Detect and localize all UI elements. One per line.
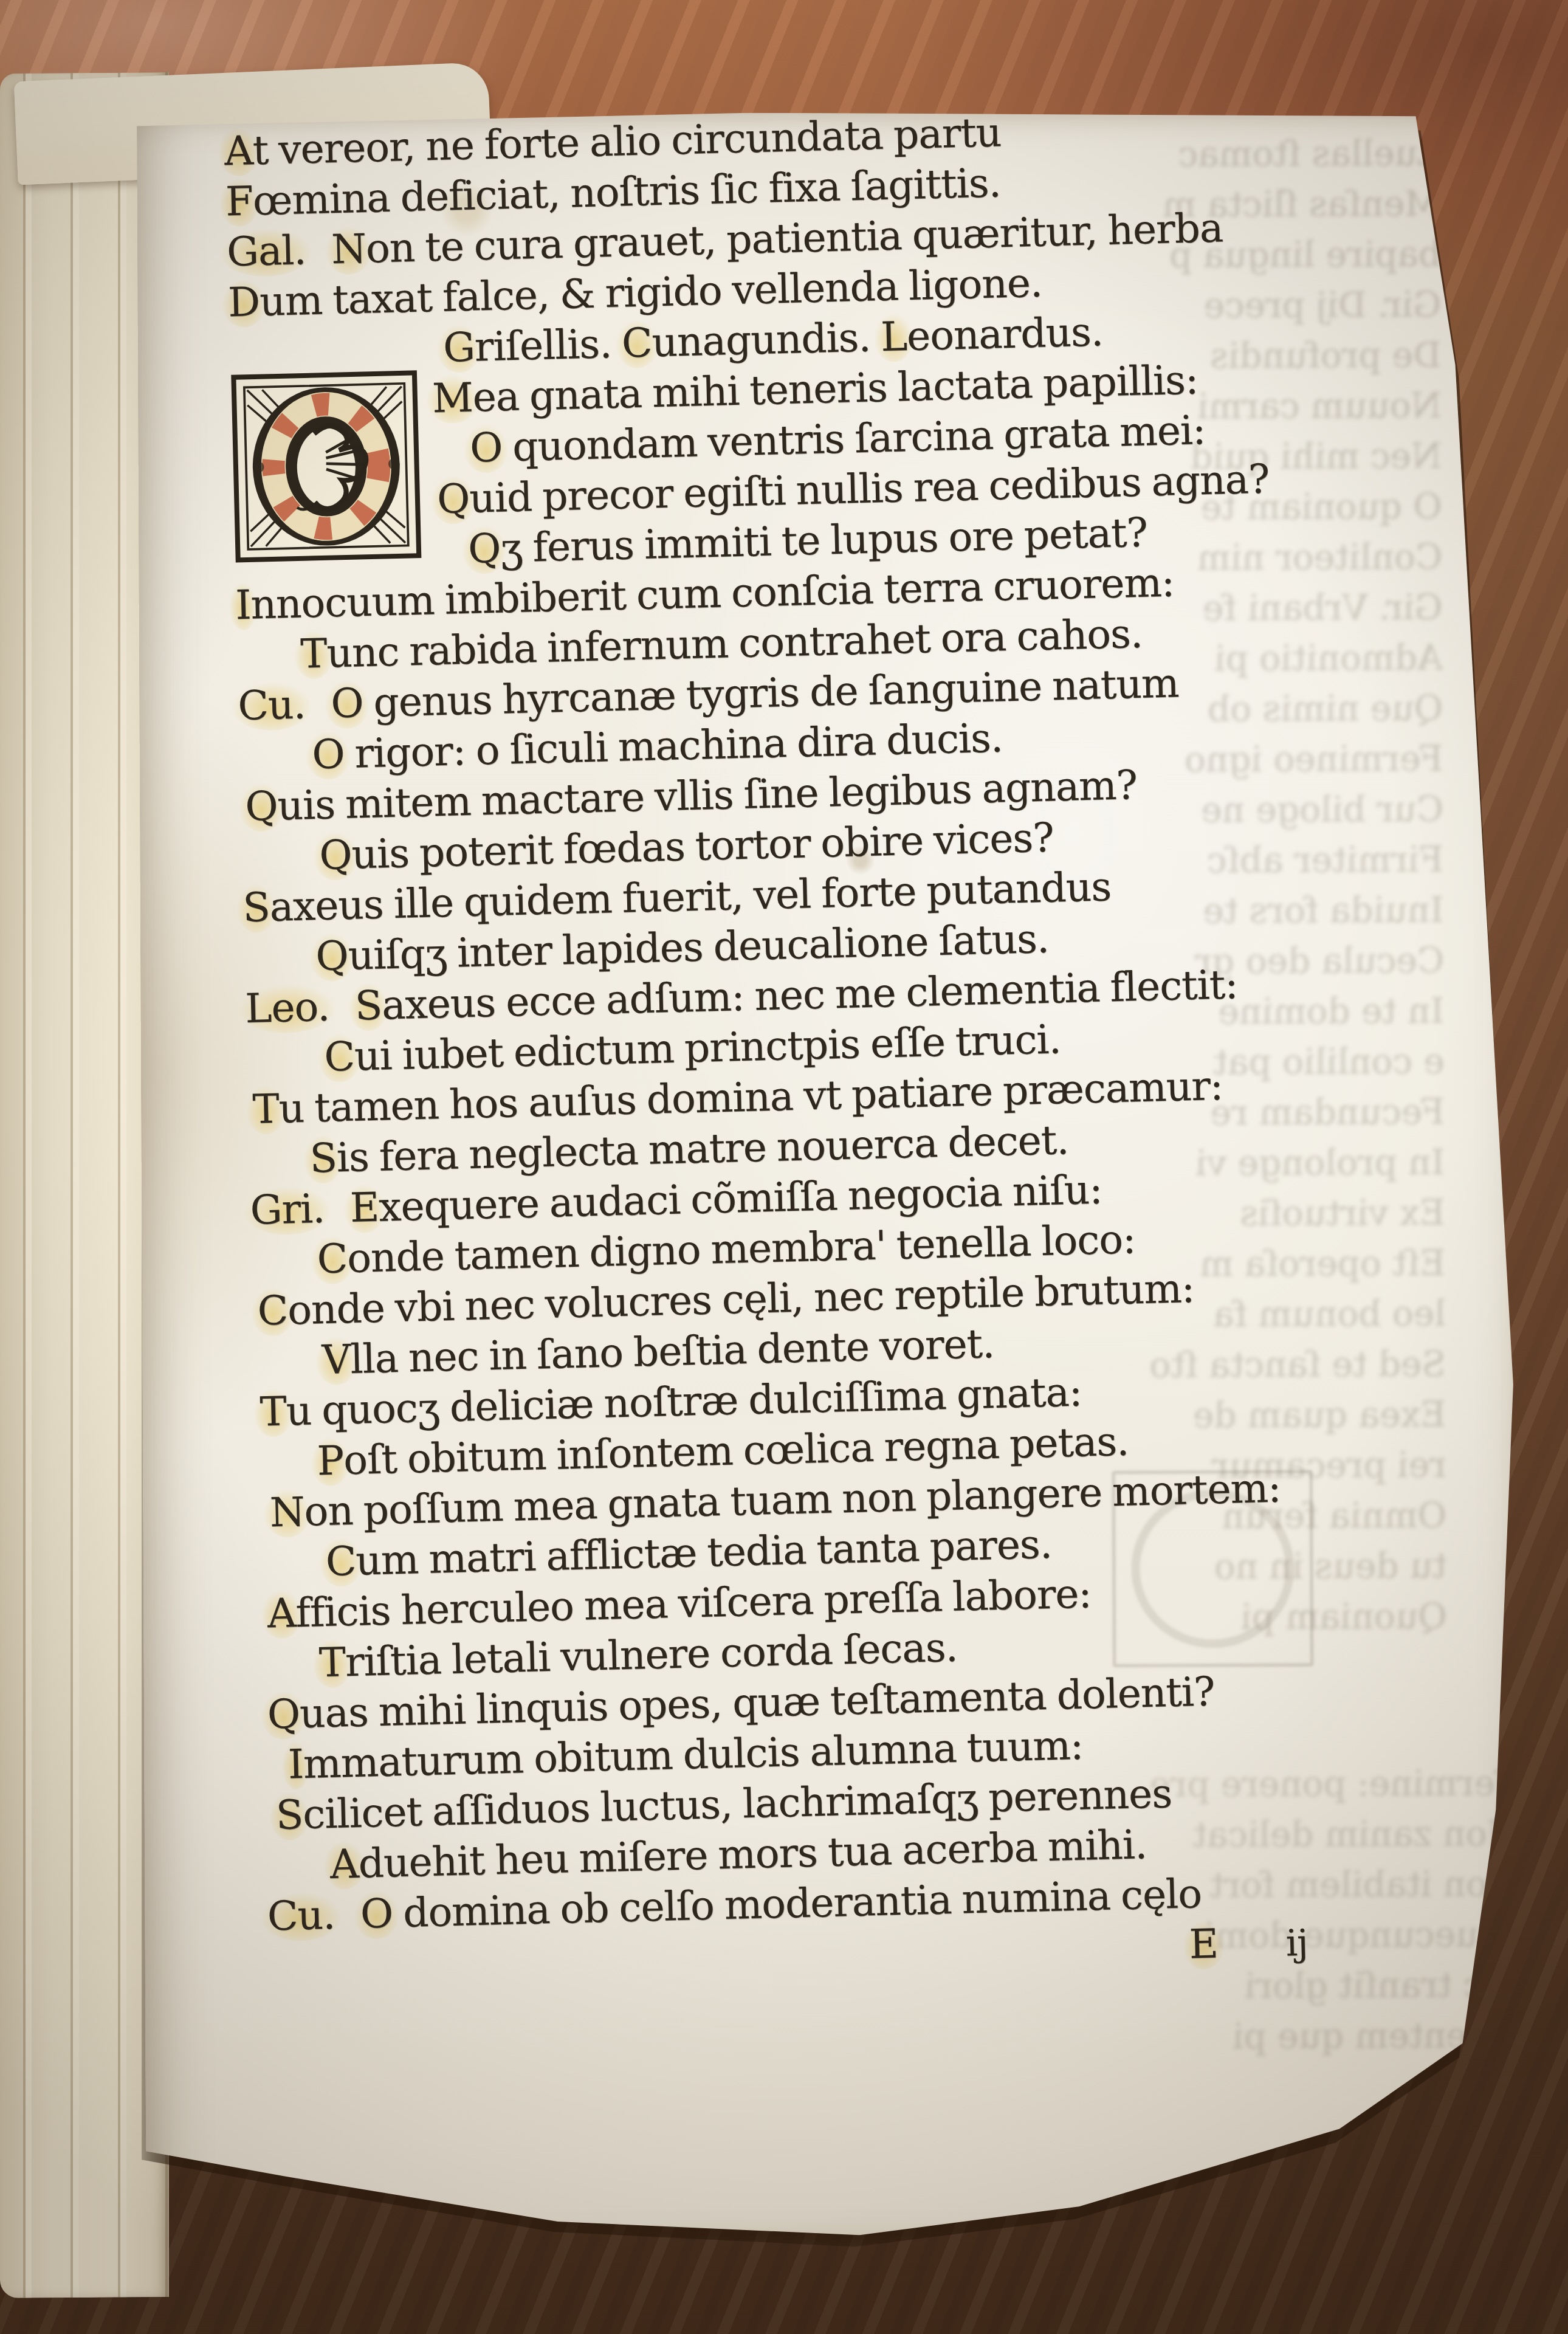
washed-capital: I — [287, 1739, 304, 1790]
quire-signature: Eij — [1189, 1916, 1308, 1970]
washed-capital: N — [269, 1487, 305, 1538]
washed-capital: G — [442, 322, 475, 373]
washed-capital: I — [235, 580, 251, 631]
washed-capital: O — [330, 678, 363, 729]
washed-capital: Q — [467, 523, 501, 574]
washed-capital: A — [267, 1588, 297, 1639]
washed-capital: Q — [244, 781, 278, 832]
signature-letter: E — [1189, 1918, 1219, 1969]
washed-capital: Q — [315, 931, 348, 982]
speaker-label: Gri. — [250, 1183, 325, 1236]
washed-capital: C — [621, 317, 653, 368]
photo-of-open-book: Luellas ſtomacMenſas ſlicta mbapire ling… — [0, 0, 1568, 2334]
washed-capital: C — [325, 1536, 357, 1587]
washed-capital: T — [318, 1637, 346, 1688]
washed-capital: Q — [436, 473, 470, 525]
washed-capital: T — [260, 1386, 287, 1437]
washed-capital: V — [322, 1334, 351, 1385]
washed-capital: C — [324, 1031, 356, 1083]
washed-capital: P — [317, 1435, 344, 1486]
washed-capital: O — [360, 1888, 393, 1939]
washed-capital: E — [349, 1182, 379, 1233]
washed-capital: A — [329, 1839, 359, 1890]
washed-capital: M — [432, 373, 473, 424]
speaker-label: Cu. — [237, 679, 306, 731]
washed-capital: L — [880, 311, 907, 362]
book-page: Luellas ſtomacMenſas ſlicta mbapire ling… — [137, 109, 1518, 2240]
washed-capital: F — [225, 176, 253, 227]
washed-capital: S — [354, 980, 382, 1031]
washed-capital: S — [242, 882, 270, 933]
washed-capital: T — [252, 1084, 280, 1135]
washed-capital: C — [257, 1285, 289, 1336]
washed-capital: A — [224, 125, 253, 176]
text-block: At vereor, ne forte alio circundata part… — [224, 101, 1308, 1992]
washed-capital: T — [300, 628, 327, 680]
washed-capital: C — [317, 1233, 348, 1284]
washed-capital: D — [227, 277, 260, 328]
washed-capital: O — [311, 729, 345, 780]
washed-capital: Q — [267, 1689, 300, 1740]
washed-capital: S — [275, 1789, 303, 1840]
speaker-label: Leo. — [245, 982, 330, 1034]
signature-numeral: ij — [1285, 1922, 1308, 1965]
washed-capital: O — [469, 422, 503, 473]
washed-capital: N — [331, 224, 366, 275]
drop-cap-letter: O — [269, 1992, 270, 1992]
washed-capital: Q — [318, 830, 352, 881]
washed-capital: S — [309, 1132, 337, 1183]
speaker-label: Gal. — [226, 225, 306, 277]
woodcut-initial-O-dragon — [230, 369, 423, 564]
speaker-label: Cu. — [267, 1890, 335, 1942]
